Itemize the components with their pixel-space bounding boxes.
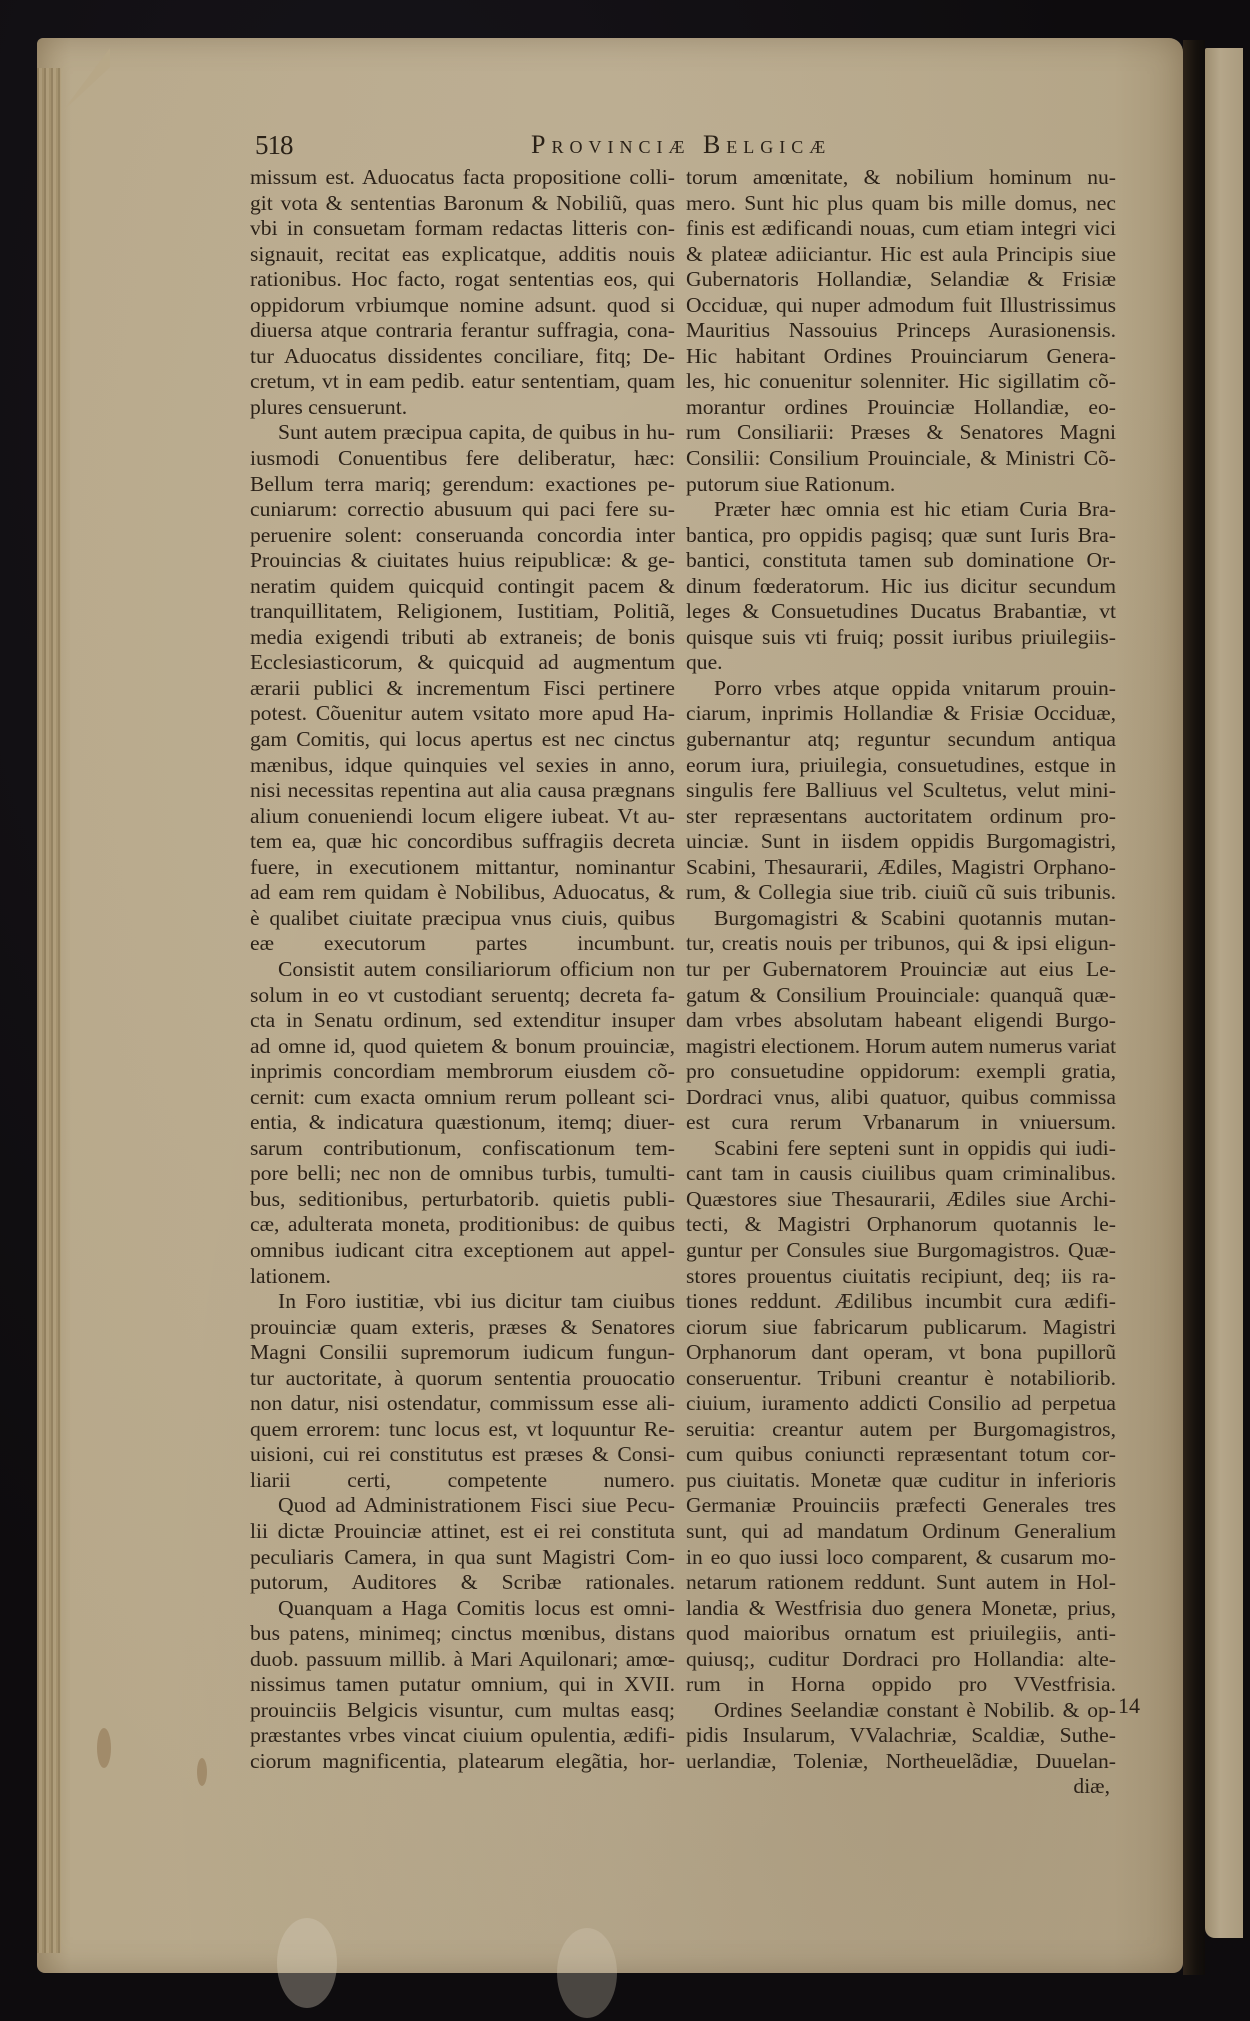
text-line: putorum siue Rationum. bbox=[686, 472, 1116, 498]
text-line: uisioni, cui rei constitutus est præses … bbox=[250, 1442, 675, 1468]
text-line: bus, seditionibus, perturbatorib. quieti… bbox=[250, 1187, 675, 1213]
text-line: vbi in consuetam formam redactas litteri… bbox=[250, 216, 675, 242]
text-line: è qualibet ciuitate præcipua vnus ciuis,… bbox=[250, 906, 675, 932]
text-line: magistri electionem. Horum autem numerus… bbox=[686, 1034, 1116, 1060]
text-line: tranquillitatem, Religionem, Iustitiam, … bbox=[250, 599, 675, 625]
text-line: lii dictæ Prouinciæ attinet, est ei rei … bbox=[250, 1519, 675, 1545]
text-line: lationem. bbox=[250, 1264, 675, 1290]
text-line: eorum iura, priuilegia, consuetudines, e… bbox=[686, 753, 1116, 779]
text-line: Prouincias & ciuitates huius reipublicæ:… bbox=[250, 548, 675, 574]
text-line: & plateæ adiiciantur. Hic est aula Princ… bbox=[686, 242, 1116, 268]
text-line: duob. passuum millib. à Mari Aquilonari;… bbox=[250, 1647, 675, 1673]
text-line: rum Consiliarii: Præses & Senatores Magn… bbox=[686, 420, 1116, 446]
text-line: ciorum magnificentia, platearum elegãtia… bbox=[250, 1749, 675, 1775]
text-line: Præter hæc omnia est hic etiam Curia Bra… bbox=[686, 497, 1116, 523]
text-line: Quæstores siue Thesaurarii, Ædiles siue … bbox=[686, 1187, 1116, 1213]
text-line: tem ea, quæ hic concordibus suffragiis d… bbox=[250, 829, 675, 855]
text-line: rum, & Collegia siue trib. ciuiũ cũ suis… bbox=[686, 880, 1116, 906]
text-line: pus ciuitatis. Monetæ quæ cuditur in inf… bbox=[686, 1468, 1116, 1494]
text-line: git vota & sententias Baronum & Nobiliũ,… bbox=[250, 191, 675, 217]
text-line: nissimus tamen putatur omnium, qui in XV… bbox=[250, 1672, 675, 1698]
text-line: Burgomagistri & Scabini quotannis mutan- bbox=[686, 906, 1116, 932]
page-number: 518 bbox=[255, 130, 293, 161]
text-line: landia & Westfrisia duo genera Monetæ, p… bbox=[686, 1596, 1116, 1622]
text-line: Scabini, Thesaurarii, Ædiles, Magistri O… bbox=[686, 855, 1116, 881]
text-line: ad omne id, quod quietem & bonum prouinc… bbox=[250, 1034, 675, 1060]
text-line: ciarum, inprimis Hollandiæ & Frisiæ Occi… bbox=[686, 701, 1116, 727]
text-line: peculiaris Camera, in qua sunt Magistri … bbox=[250, 1545, 675, 1571]
text-line: missum est. Aduocatus facta propositione… bbox=[250, 165, 675, 191]
text-line: est cura rerum Vrbanarum in vniuersum. bbox=[686, 1110, 1116, 1136]
text-line: Scabini fere septeni sunt in oppidis qui… bbox=[686, 1136, 1116, 1162]
text-line: Orphanorum dant operam, vt bona pupillor… bbox=[686, 1340, 1116, 1366]
catchword: diæ, bbox=[686, 1774, 1116, 1800]
text-line: Ordines Seelandiæ constant è Nobilib. & … bbox=[686, 1698, 1116, 1724]
text-column-left: missum est. Aduocatus facta propositione… bbox=[250, 165, 675, 1774]
text-line: cant tam in causis ciuilibus quam crimin… bbox=[686, 1161, 1116, 1187]
text-line: peruenire solent: conseruanda concordia … bbox=[250, 523, 675, 549]
text-line: entia, & indicatura quæstionum, itemq; d… bbox=[250, 1110, 675, 1136]
text-line: signauit, recitat eas explicatque, addit… bbox=[250, 242, 675, 268]
text-line: cretum, vt in eam pedib. eatur sententia… bbox=[250, 369, 675, 395]
text-line: Hic habitant Ordines Prouinciarum Genera… bbox=[686, 344, 1116, 370]
text-line: alium conueniendi locum eligere iubeat. … bbox=[250, 804, 675, 830]
text-line: putorum, Auditores & Scribæ rationales. bbox=[250, 1570, 675, 1596]
text-line: tiones reddunt. Ædilibus incumbit cura æ… bbox=[686, 1289, 1116, 1315]
text-line: in eo quo iussi loco comparent, & cusaru… bbox=[686, 1545, 1116, 1571]
text-line: bantica, pro oppidis pagisq; quæ sunt Iu… bbox=[686, 523, 1116, 549]
text-line: seruitia: creantur autem per Burgomagist… bbox=[686, 1417, 1116, 1443]
text-line: ad eam rem quidam è Nobilibus, Aduocatus… bbox=[250, 880, 675, 906]
text-line: Quod ad Administrationem Fisci siue Pecu… bbox=[250, 1493, 675, 1519]
text-line: Ecclesiasticorum, & quicquid ad augmentu… bbox=[250, 650, 675, 676]
text-line: Consilii: Consilium Prouinciale, & Minis… bbox=[686, 446, 1116, 472]
text-line: quod maioribus ornatum est priuilegiis, … bbox=[686, 1621, 1116, 1647]
text-line: stores prouentus ciuitatis recipiunt, de… bbox=[686, 1264, 1116, 1290]
text-line: quem errorem: tunc locus est, vt loquunt… bbox=[250, 1417, 675, 1443]
text-line: non datur, nisi ostendatur, commissum es… bbox=[250, 1391, 675, 1417]
text-line: fuere, in executionem mittantur, nominan… bbox=[250, 855, 675, 881]
text-line: singulis fere Balliuus vel Scultetus, ve… bbox=[686, 778, 1116, 804]
text-line: guntur per Consules siue Burgomagistros.… bbox=[686, 1238, 1116, 1264]
text-line: inprimis concordiam membrorum eiusdem cõ… bbox=[250, 1059, 675, 1085]
text-line: solum in eo vt custodiant seruentq; decr… bbox=[250, 983, 675, 1009]
text-line: præstantes vrbes vincat ciuium opulentia… bbox=[250, 1723, 675, 1749]
text-line: plures censuerunt. bbox=[250, 395, 675, 421]
text-line: dinum fœderatorum. Hic ius dicitur secun… bbox=[686, 574, 1116, 600]
text-line: prouinciæ quam exteris, præses & Senator… bbox=[250, 1315, 675, 1341]
text-line: eæ executorum partes incumbunt. bbox=[250, 931, 675, 957]
text-line: In Foro iustitiæ, vbi ius dicitur tam ci… bbox=[250, 1289, 675, 1315]
folded-corner bbox=[62, 48, 110, 112]
page-gutter-shadow bbox=[1183, 40, 1205, 1975]
text-column-right: torum amœnitate, & nobilium hominum nu-m… bbox=[686, 165, 1116, 1800]
text-line: pore belli; nec non de omnibus turbis, t… bbox=[250, 1161, 675, 1187]
text-line: bantici, constituta tamen sub domination… bbox=[686, 548, 1116, 574]
text-line: cuniarum: correctio abusuum qui paci fer… bbox=[250, 497, 675, 523]
text-line: tur, creatis nouis per tribunos, qui & i… bbox=[686, 931, 1116, 957]
text-line: que. bbox=[686, 650, 1116, 676]
text-line: prouinciis Belgicis visuntur, cum multas… bbox=[250, 1698, 675, 1724]
paper-stain bbox=[197, 1758, 207, 1786]
text-line: cernit: cum exacta omnium rerum polleant… bbox=[250, 1085, 675, 1111]
text-line: sarum contributionum, confiscationum tem… bbox=[250, 1136, 675, 1162]
text-line: ciuium, iuramento addicti Consilio ad pe… bbox=[686, 1391, 1116, 1417]
text-line: ærarii publici & incrementum Fisci perti… bbox=[250, 676, 675, 702]
text-line: diuersa atque contraria ferantur suffrag… bbox=[250, 318, 675, 344]
text-line: pidis Insularum, VValachriæ, Scaldiæ, Su… bbox=[686, 1723, 1116, 1749]
text-line: gubernantur atq; reguntur secundum antiq… bbox=[686, 727, 1116, 753]
text-line: les, hic conuenitur solenniter. Hic sigi… bbox=[686, 369, 1116, 395]
text-line: torum amœnitate, & nobilium hominum nu- bbox=[686, 165, 1116, 191]
text-line: tecti, & Magistri Orphanorum quotannis l… bbox=[686, 1212, 1116, 1238]
text-line: Gubernatoris Hollandiæ, Selandiæ & Frisi… bbox=[686, 267, 1116, 293]
text-line: conseruentur. Tribuni creantur è notabil… bbox=[686, 1366, 1116, 1392]
text-line: cum quibus coniuncti repræsentant totum … bbox=[686, 1442, 1116, 1468]
text-line: cta in Senatu ordinum, sed extenditur in… bbox=[250, 1008, 675, 1034]
text-line: Magni Consilii supremorum iudicum fungun… bbox=[250, 1340, 675, 1366]
text-line: tur Aduocatus dissidentes conciliare, fi… bbox=[250, 344, 675, 370]
text-line: Bellum terra mariq; gerendum: exactiones… bbox=[250, 472, 675, 498]
adjacent-page-edge bbox=[1205, 48, 1243, 1938]
text-line: gam Comitis, qui locus apertus est nec c… bbox=[250, 727, 675, 753]
text-line: morantur ordines Prouinciæ Hollandiæ, eo… bbox=[686, 395, 1116, 421]
text-line: mænibus, idque quinquies vel sexies in a… bbox=[250, 753, 675, 779]
text-line: Sunt autem præcipua capita, de quibus in… bbox=[250, 420, 675, 446]
text-line: neratim quidem quicquid contingit pacem … bbox=[250, 574, 675, 600]
text-line: bus patens, minimeq; cinctus mœnibus, di… bbox=[250, 1621, 675, 1647]
text-line: quiusq;, cuditur Dordraci pro Hollandia:… bbox=[686, 1647, 1116, 1673]
text-line: netarum rationem reddunt. Sunt autem in … bbox=[686, 1570, 1116, 1596]
text-line: Dordraci vnus, alibi quatuor, quibus com… bbox=[686, 1085, 1116, 1111]
text-line: Quanquam a Haga Comitis locus est omni- bbox=[250, 1596, 675, 1622]
text-line: gatum & Consilium Prouinciale: quanquã q… bbox=[686, 983, 1116, 1009]
text-line: cæ, adulterata moneta, proditionibus: de… bbox=[250, 1212, 675, 1238]
text-line: tur per Gubernatorem Prouinciæ aut eius … bbox=[686, 957, 1116, 983]
text-line: media exigendi tributi ab extraneis; de … bbox=[250, 625, 675, 651]
text-line: Occiduæ, qui nuper admodum fuit Illustri… bbox=[686, 293, 1116, 319]
text-line: omnibus iudicant citra exceptionem aut a… bbox=[250, 1238, 675, 1264]
text-line: liarii certi, competente numero. bbox=[250, 1468, 675, 1494]
text-line: Porro vrbes atque oppida vnitarum prouin… bbox=[686, 676, 1116, 702]
text-line: Mauritius Nassouius Princeps Aurasionens… bbox=[686, 318, 1116, 344]
text-line: dam vrbes absolutam habeant eligendi Bur… bbox=[686, 1008, 1116, 1034]
page-header: 518 Provinciæ Belgicæ bbox=[251, 130, 1141, 164]
text-line: uinciæ. Sunt in iisdem oppidis Burgomagi… bbox=[686, 829, 1116, 855]
page-stack-edge bbox=[37, 68, 61, 1953]
text-line: potest. Cõuenitur autem vsitato more apu… bbox=[250, 701, 675, 727]
text-line: Germaniæ Prouinciis præfecti Generales t… bbox=[686, 1493, 1116, 1519]
text-line: uerlandiæ, Toleniæ, Northeuelãdiæ, Duuel… bbox=[686, 1749, 1116, 1775]
signature-mark: 14 bbox=[1118, 1693, 1140, 1719]
text-line: sunt, qui ad mandatum Ordinum Generalium bbox=[686, 1519, 1116, 1545]
text-line: Consistit autem consiliariorum officium … bbox=[250, 957, 675, 983]
text-line: rationibus. Hoc facto, rogat sententias … bbox=[250, 267, 675, 293]
text-line: leges & Consuetudines Ducatus Brabantiæ,… bbox=[686, 599, 1116, 625]
running-title: Provinciæ Belgicæ bbox=[531, 130, 831, 160]
text-line: finis est ædificandi nouas, cum etiam in… bbox=[686, 216, 1116, 242]
text-line: pro consuetudine oppidorum: exempli grat… bbox=[686, 1059, 1116, 1085]
text-line: iusmodi Conuentibus fere deliberatur, hæ… bbox=[250, 446, 675, 472]
text-line: oppidorum vrbiumque nomine adsunt. quod … bbox=[250, 293, 675, 319]
text-line: quisque suis vti fruiq; possit iuribus p… bbox=[686, 625, 1116, 651]
text-line: tur auctoritate, à quorum sententia prou… bbox=[250, 1366, 675, 1392]
text-line: ciorum siue fabricarum publicarum. Magis… bbox=[686, 1315, 1116, 1341]
text-line: mero. Sunt hic plus quam bis mille domus… bbox=[686, 191, 1116, 217]
paper-stain bbox=[97, 1728, 111, 1768]
text-line: ster repræsentans auctoritatem ordinum p… bbox=[686, 804, 1116, 830]
text-line: rum in Horna oppido pro VVestfrisia. bbox=[686, 1672, 1116, 1698]
text-line: nisi necessitas repentina aut alia causa… bbox=[250, 778, 675, 804]
